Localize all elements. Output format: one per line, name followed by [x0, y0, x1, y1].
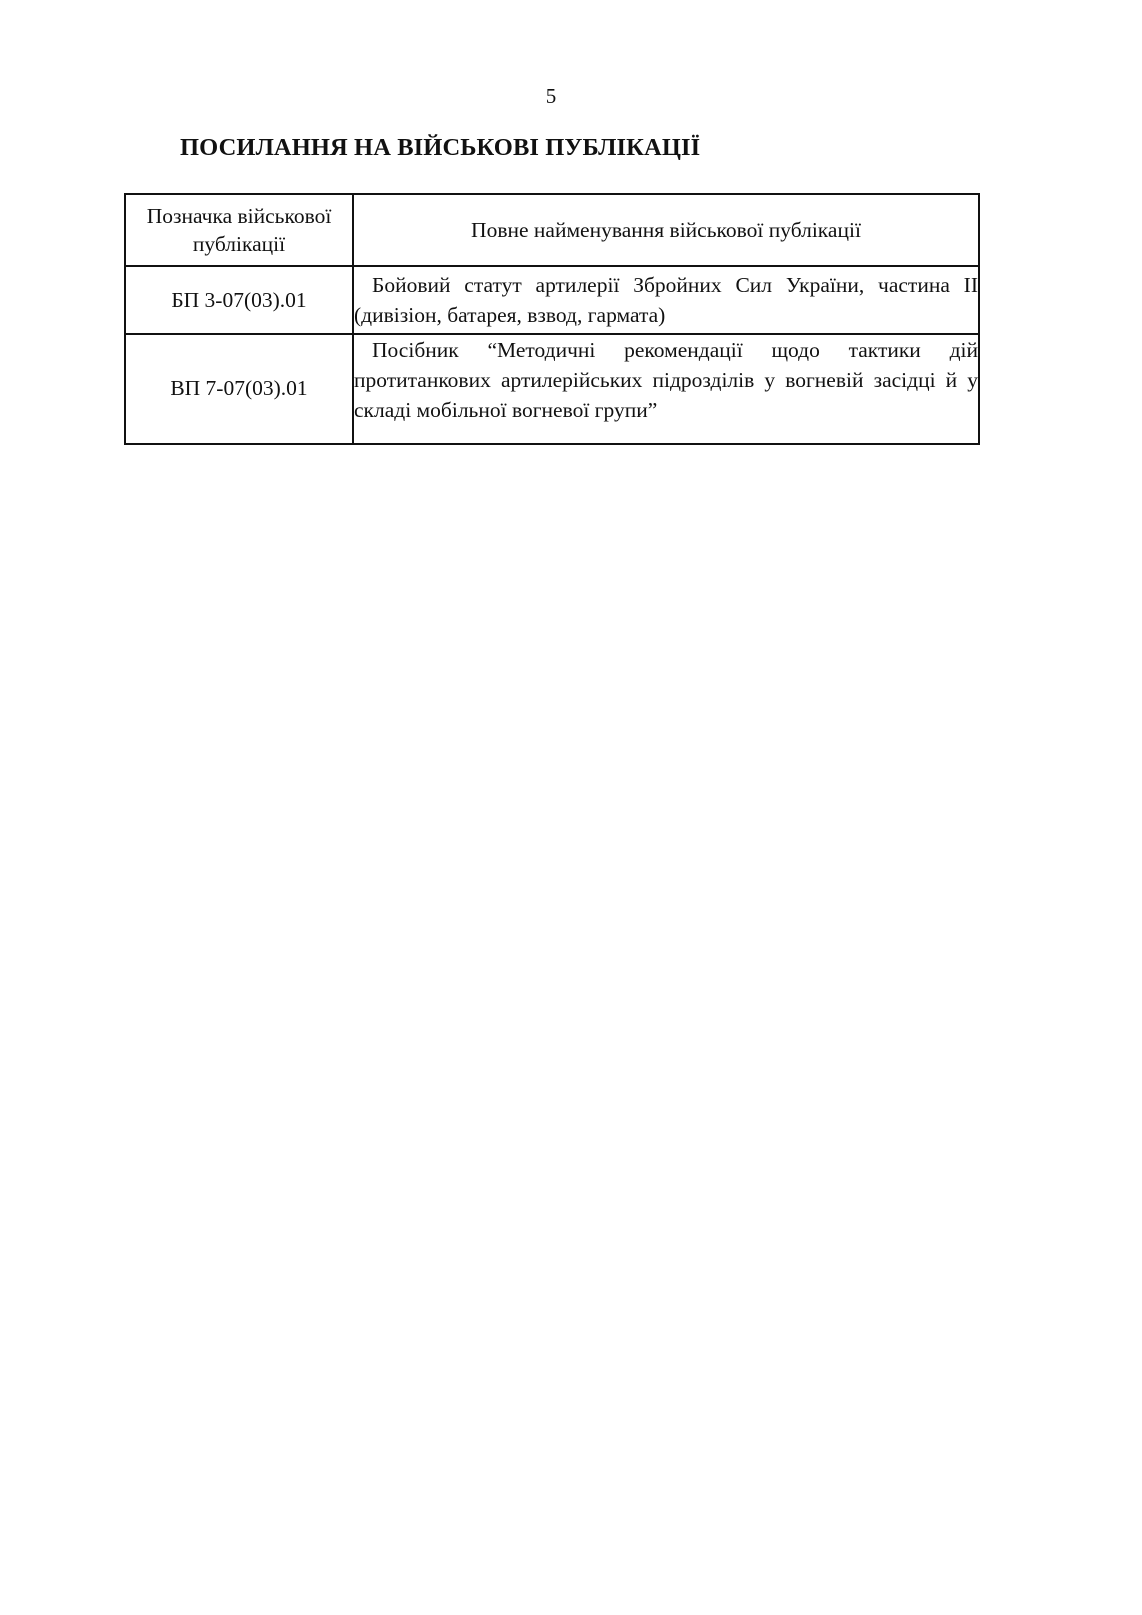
table-row: БП 3-07(03).01 Бойовий статут артилерії … [125, 266, 979, 334]
header-designation: Позначка військової публікації [125, 194, 353, 266]
publication-name: Посібник “Методичні рекомендації щодо та… [353, 334, 979, 444]
publication-code: БП 3-07(03).01 [125, 266, 353, 334]
page-number: 5 [0, 84, 1102, 109]
publication-code: ВП 7-07(03).01 [125, 334, 353, 444]
header-full-name: Повне найменування військової публікації [353, 194, 979, 266]
table-header-row: Позначка військової публікації Повне най… [125, 194, 979, 266]
page-title: ПОСИЛАННЯ НА ВІЙСЬКОВІ ПУБЛІКАЦІЇ [180, 134, 700, 162]
table-row: ВП 7-07(03).01 Посібник “Методичні реком… [125, 334, 979, 444]
publication-name: Бойовий статут артилерії Збройних Сил Ук… [353, 266, 979, 334]
publications-table: Позначка військової публікації Повне най… [124, 193, 980, 445]
